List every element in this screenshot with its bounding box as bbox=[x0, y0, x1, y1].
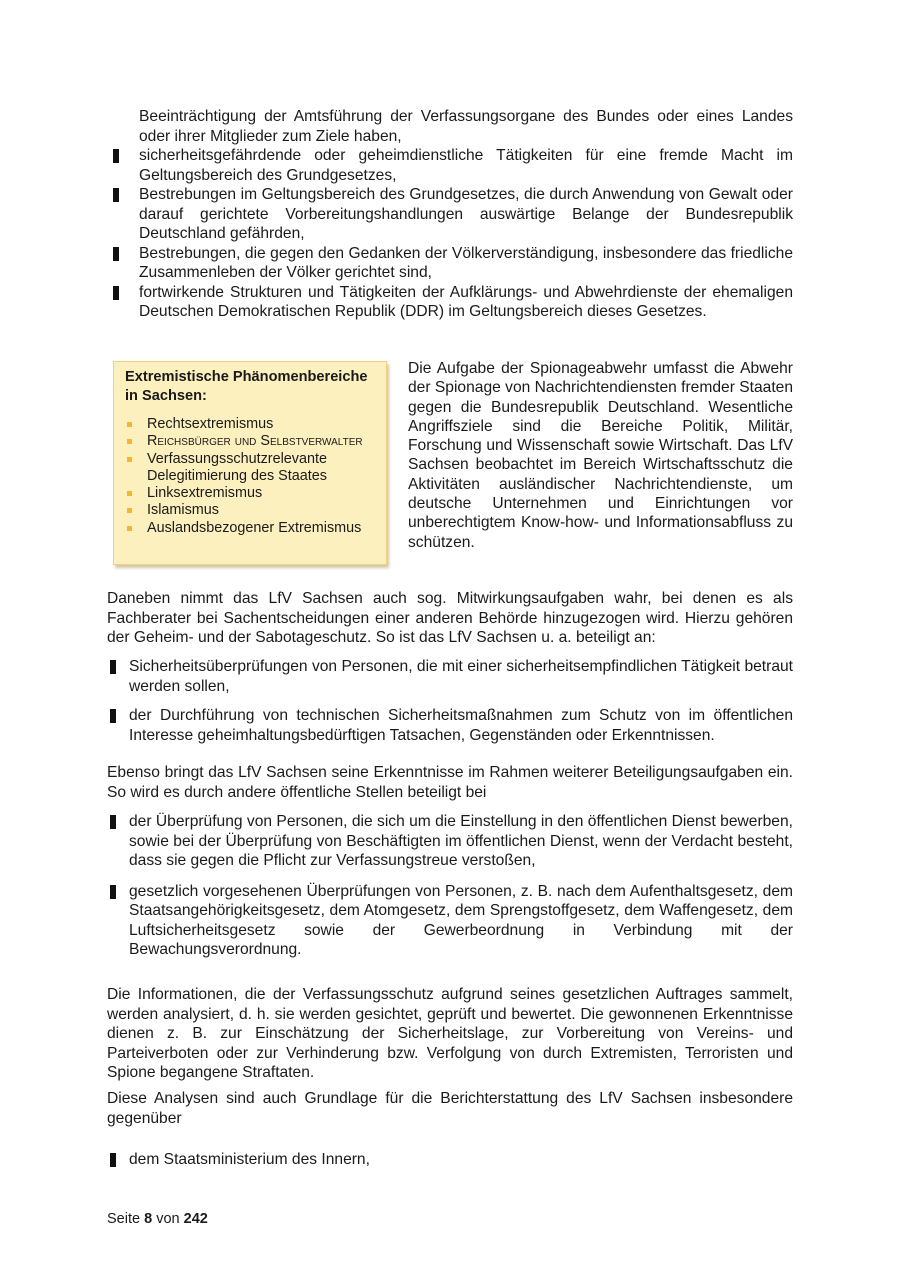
bericht-paragraph: Diese Analysen sind auch Grundlage für d… bbox=[107, 1089, 793, 1128]
list-item: fortwirkende Strukturen und Tätigkeiten … bbox=[107, 283, 793, 322]
page-separator: von bbox=[156, 1211, 179, 1227]
document-page: Beeinträchtigung der Amtsführung der Ver… bbox=[0, 0, 900, 1273]
beteiligung-list: der Überprüfung von Personen, die sich u… bbox=[107, 812, 793, 960]
list-item-continuation: Beeinträchtigung der Amtsführung der Ver… bbox=[107, 107, 793, 146]
square-bullet-icon bbox=[110, 1153, 116, 1167]
info-box-extremism-areas: Extremistische Phänomenbereiche in Sachs… bbox=[113, 361, 387, 565]
total-pages: 242 bbox=[184, 1211, 208, 1227]
list-item: der Überprüfung von Personen, die sich u… bbox=[107, 812, 793, 871]
list-item: Bestrebungen im Geltungsbereich des Grun… bbox=[107, 185, 793, 244]
info-box-item: Verfassungsschutzrelevante Delegitimieru… bbox=[125, 451, 376, 486]
page-footer: Seite 8 von 242 bbox=[107, 1211, 208, 1227]
list-item: dem Staatsministerium des Innern, bbox=[107, 1150, 793, 1170]
bericht-list: dem Staatsministerium des Innern, bbox=[107, 1150, 793, 1170]
mitwirkung-list: Sicherheitsüberprüfungen von Personen, d… bbox=[107, 657, 793, 745]
info-box-title: Extremistische Phänomenbereiche in Sachs… bbox=[125, 368, 376, 406]
square-bullet-icon bbox=[113, 188, 119, 202]
info-box-list: Rechtsextremismus Reichsbürger und Selbs… bbox=[125, 416, 376, 537]
top-list: Beeinträchtigung der Amtsführung der Ver… bbox=[107, 107, 793, 322]
info-box-item: Linksextremismus bbox=[125, 485, 376, 502]
current-page-number: 8 bbox=[144, 1211, 152, 1227]
analyse-paragraph: Die Informationen, die der Verfassungssc… bbox=[107, 985, 793, 1083]
square-bullet-icon bbox=[113, 149, 119, 163]
spionage-paragraph: Die Aufgabe der Spionageabwehr umfasst d… bbox=[408, 359, 793, 552]
list-item: sicherheitsgefährdende oder geheimdienst… bbox=[107, 146, 793, 185]
list-item: der Durchführung von technischen Sicherh… bbox=[107, 706, 793, 745]
square-bullet-icon bbox=[113, 247, 119, 261]
list-item: Bestrebungen, die gegen den Gedanken der… bbox=[107, 244, 793, 283]
info-box-item: Islamismus bbox=[125, 502, 376, 519]
info-box-item: Rechtsextremismus bbox=[125, 416, 376, 433]
square-bullet-icon bbox=[110, 660, 116, 674]
info-box-item: Auslandsbezogener Extremismus bbox=[125, 520, 376, 537]
square-bullet-icon bbox=[110, 885, 116, 899]
info-box-item: Reichsbürger und Selbstverwalter bbox=[125, 433, 376, 450]
list-item: Sicherheitsüberprüfungen von Personen, d… bbox=[107, 657, 793, 696]
square-bullet-icon bbox=[113, 286, 119, 300]
page-label: Seite bbox=[107, 1211, 140, 1227]
mitwirkung-paragraph: Daneben nimmt das LfV Sachsen auch sog. … bbox=[107, 589, 793, 648]
square-bullet-icon bbox=[110, 709, 116, 723]
beteiligung-paragraph: Ebenso bringt das LfV Sachsen seine Erke… bbox=[107, 763, 793, 802]
square-bullet-icon bbox=[110, 815, 116, 829]
list-item: gesetzlich vorgesehenen Überprüfungen vo… bbox=[107, 882, 793, 960]
